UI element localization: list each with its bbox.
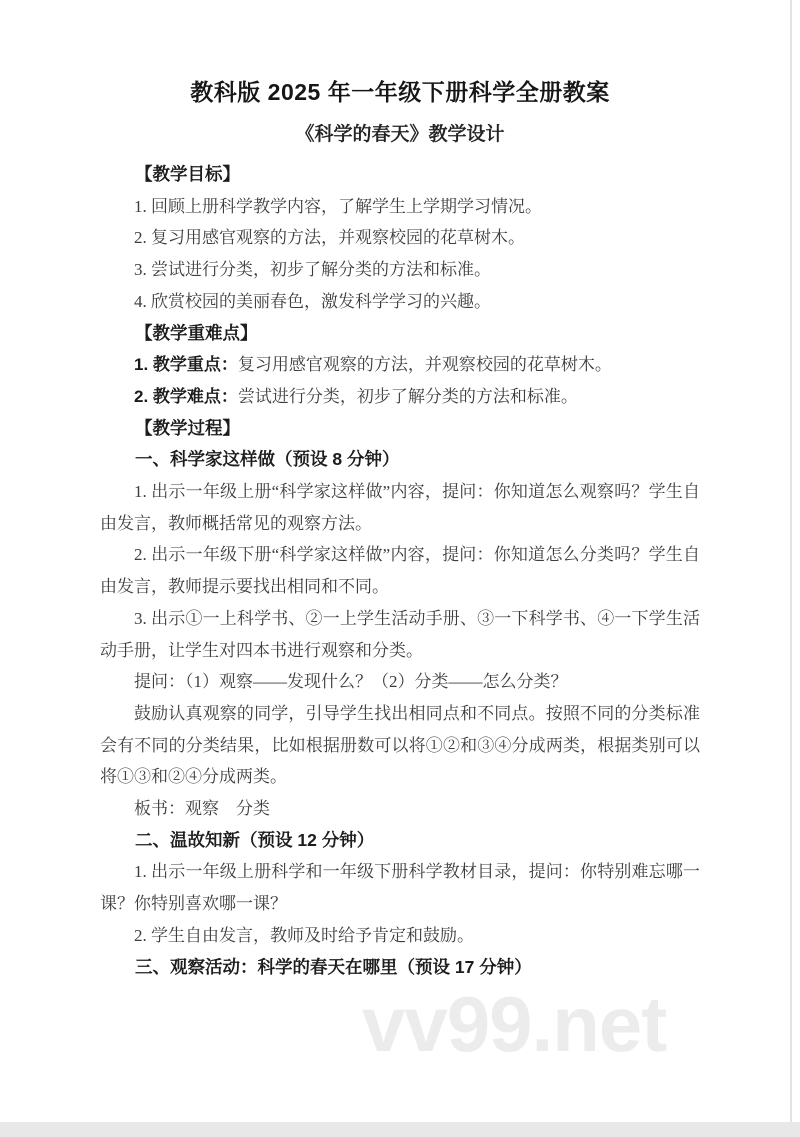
doc-paragraph: 1. 教学重点：复习用感官观察的方法，并观察校园的花草树木。 <box>100 349 700 381</box>
text-run: 3. 尝试进行分类，初步了解分类的方法和标准。 <box>134 260 491 279</box>
doc-paragraph: 鼓励认真观察的同学，引导学生找出相同点和不同点。按照不同的分类标准会有不同的分类… <box>100 698 700 793</box>
activity-header: 二、温故知新（预设 12 分钟） <box>100 825 700 857</box>
text-run: 2. 出示一年级下册“科学家这样做”内容，提问：你知道怎么分类吗？学生自由发言，… <box>100 545 700 596</box>
text-run: 1. 出示一年级上册“科学家这样做”内容，提问：你知道怎么观察吗？学生自由发言，… <box>100 482 700 533</box>
section-header: 【教学重难点】 <box>100 318 700 350</box>
doc-paragraph: 板书：观察 分类 <box>100 793 700 825</box>
bold-run: 2. 教学难点： <box>134 387 238 406</box>
doc-paragraph: 3. 尝试进行分类，初步了解分类的方法和标准。 <box>100 254 700 286</box>
text-run: 3. 出示①一上科学书、②一上学生活动手册、③一下科学书、④一下学生活动手册，让… <box>100 609 700 660</box>
text-run: 一、科学家这样做（预设 8 分钟） <box>135 449 399 469</box>
text-run: 提问：（1）观察——发现什么？（2）分类——怎么分类？ <box>134 672 568 691</box>
text-run: 1. 回顾上册科学教学内容，了解学生上学期学习情况。 <box>134 197 542 216</box>
section-header: 【教学目标】 <box>100 159 700 191</box>
text-run: 三、观察活动：科学的春天在哪里（预设 17 分钟） <box>135 957 532 977</box>
text-run: 1. 出示一年级上册科学和一年级下册科学教材目录，提问：你特别难忘哪一课？你特别… <box>100 862 700 913</box>
document-title: 教科版 2025 年一年级下册科学全册教案 <box>0 0 800 108</box>
document-body: 【教学目标】1. 回顾上册科学教学内容，了解学生上学期学习情况。2. 复习用感官… <box>100 159 700 983</box>
text-run: 二、温故知新（预设 12 分钟） <box>135 830 374 850</box>
text-run: 复习用感官观察的方法，并观察校园的花草树木。 <box>238 355 612 374</box>
doc-paragraph: 2. 复习用感官观察的方法，并观察校园的花草树木。 <box>100 222 700 254</box>
text-run: 【教学目标】 <box>135 164 240 184</box>
text-run: 【教学过程】 <box>135 418 240 438</box>
activity-header: 一、科学家这样做（预设 8 分钟） <box>100 444 700 476</box>
section-header: 【教学过程】 <box>100 413 700 445</box>
doc-paragraph: 2. 出示一年级下册“科学家这样做”内容，提问：你知道怎么分类吗？学生自由发言，… <box>100 539 700 602</box>
document-viewer: 教科版 2025 年一年级下册科学全册教案 《科学的春天》教学设计 【教学目标】… <box>0 0 800 1137</box>
doc-paragraph: 2. 教学难点：尝试进行分类，初步了解分类的方法和标准。 <box>100 381 700 413</box>
text-run: 2. 复习用感官观察的方法，并观察校园的花草树木。 <box>134 228 525 247</box>
text-run: 2. 学生自由发言，教师及时给予肯定和鼓励。 <box>134 926 474 945</box>
doc-paragraph: 3. 出示①一上科学书、②一上学生活动手册、③一下科学书、④一下学生活动手册，让… <box>100 603 700 666</box>
doc-paragraph: 1. 出示一年级上册“科学家这样做”内容，提问：你知道怎么观察吗？学生自由发言，… <box>100 476 700 539</box>
bold-run: 1. 教学重点： <box>134 355 238 374</box>
text-run: 【教学重难点】 <box>135 323 258 343</box>
text-run: 鼓励认真观察的同学，引导学生找出相同点和不同点。按照不同的分类标准会有不同的分类… <box>100 704 700 786</box>
document-page: 教科版 2025 年一年级下册科学全册教案 《科学的春天》教学设计 【教学目标】… <box>0 0 800 1122</box>
doc-paragraph: 1. 回顾上册科学教学内容，了解学生上学期学习情况。 <box>100 191 700 223</box>
document-subtitle: 《科学的春天》教学设计 <box>0 119 800 151</box>
doc-paragraph: 提问：（1）观察——发现什么？（2）分类——怎么分类？ <box>100 666 700 698</box>
doc-paragraph: 2. 学生自由发言，教师及时给予肯定和鼓励。 <box>100 920 700 952</box>
text-run: 尝试进行分类，初步了解分类的方法和标准。 <box>238 387 578 406</box>
activity-header: 三、观察活动：科学的春天在哪里（预设 17 分钟） <box>100 952 700 984</box>
doc-paragraph: 4. 欣赏校园的美丽春色，激发科学学习的兴趣。 <box>100 286 700 318</box>
text-run: 板书：观察 分类 <box>134 799 270 818</box>
page-right-edge <box>790 0 792 1122</box>
doc-paragraph: 1. 出示一年级上册科学和一年级下册科学教材目录，提问：你特别难忘哪一课？你特别… <box>100 856 700 919</box>
text-run: 4. 欣赏校园的美丽春色，激发科学学习的兴趣。 <box>134 292 491 311</box>
watermark-text: vv99.net <box>362 984 666 1064</box>
